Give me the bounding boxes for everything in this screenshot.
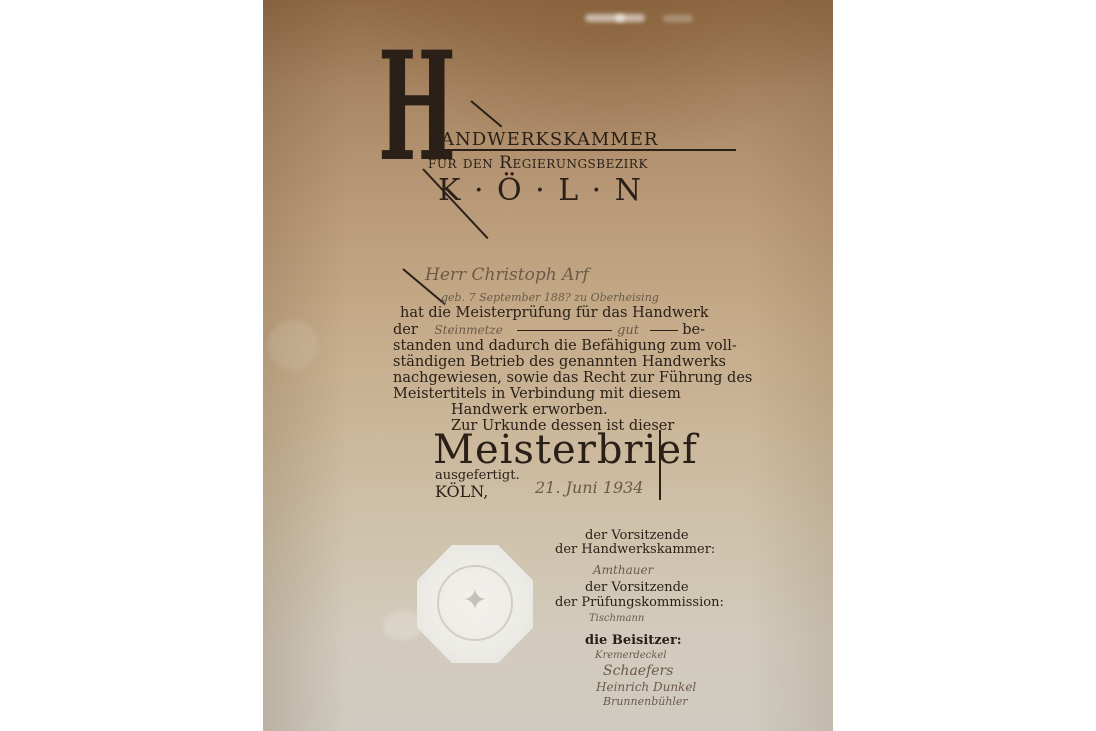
trade-handwritten: Steinmetze bbox=[434, 323, 502, 337]
grade-handwritten: gut bbox=[617, 323, 639, 338]
glare-reflection bbox=[615, 14, 645, 22]
body-line-6: Meistertitels in Verbindung mit diesem bbox=[393, 386, 681, 402]
blank-line bbox=[517, 330, 612, 331]
place-text: KÖLN, bbox=[435, 482, 488, 501]
body-line-1: hat die Meisterprüfung für das Handwerk bbox=[400, 305, 709, 321]
header-line2: für den Regierungsbezirk bbox=[428, 153, 648, 173]
certificate-paper: H andwerkskammer für den Regierungsbezir… bbox=[263, 0, 833, 731]
issued-text: ausgefertigt. bbox=[435, 468, 520, 483]
decorative-flourish bbox=[659, 430, 661, 500]
commission-chair-label-2: der Prüfungskommission: bbox=[555, 595, 724, 610]
blank-line bbox=[650, 330, 678, 331]
header-line1: andwerkskammer bbox=[441, 122, 658, 151]
assessor-signature: Heinrich Dunkel bbox=[596, 680, 696, 694]
chamber-chair-signature: Amthauer bbox=[593, 563, 653, 577]
header-rule bbox=[441, 149, 736, 151]
recipient-birth: geb. 7 September 188? zu Oberheising bbox=[441, 291, 659, 304]
body-line-4: ständigen Betrieb des genannten Handwerk… bbox=[393, 354, 726, 370]
commission-chair-signature: Tischmann bbox=[589, 613, 644, 624]
assessor-signature: Brunnenbühler bbox=[603, 695, 688, 708]
assessor-signature: Schaefers bbox=[603, 663, 673, 679]
recipient-name: Herr Christoph Arf bbox=[425, 265, 589, 285]
body-line-7: Handwerk erworben. bbox=[451, 402, 608, 418]
assessors-label: die Beisitzer: bbox=[585, 633, 682, 648]
glare-reflection bbox=[268, 320, 318, 370]
body-line-2-suffix: be- bbox=[682, 322, 705, 338]
chamber-chair-label-2: der Handwerkskammer: bbox=[555, 542, 715, 557]
body-line-3: standen und dadurch die Befähigung zum v… bbox=[393, 338, 737, 354]
commission-chair-label-1: der Vorsitzende bbox=[585, 580, 689, 595]
body-line-5: nachgewiesen, sowie das Recht zur Führun… bbox=[393, 370, 752, 386]
assessor-signature: Kremerdeckel bbox=[595, 650, 666, 661]
eagle-emblem-icon: ✦ bbox=[417, 583, 533, 618]
glare-reflection bbox=[663, 15, 693, 22]
body-line-2-prefix: der bbox=[393, 322, 418, 338]
body-line-2: der Steinmetze gut be- bbox=[393, 322, 705, 338]
header-city: K · Ö · L · N bbox=[438, 173, 643, 208]
embossed-seal: ✦ bbox=[417, 545, 533, 663]
issue-date: 21. Juni 1934 bbox=[535, 478, 643, 497]
chamber-chair-label-1: der Vorsitzende bbox=[585, 528, 689, 543]
